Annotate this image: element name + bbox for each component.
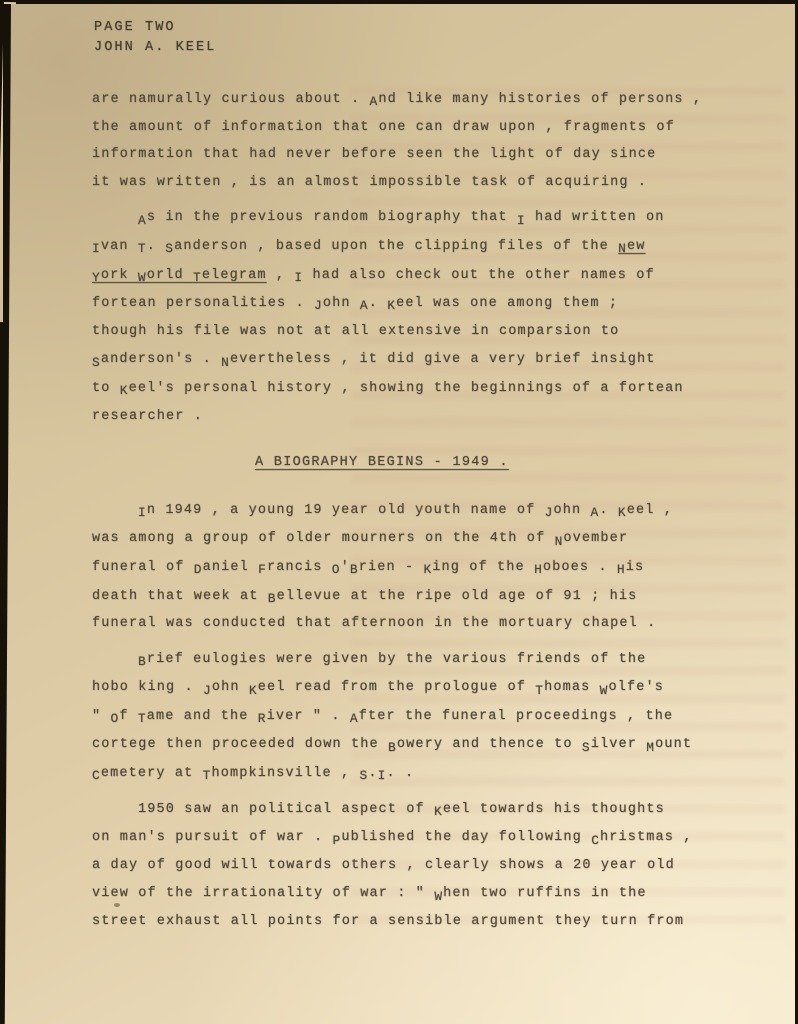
typed-line: fortean personalities . John A. Keel was… <box>92 289 732 318</box>
typed-line: funeral of Daniel Francis O'Brien - King… <box>92 553 732 582</box>
typed-segment: , I had also check out the other names o… <box>267 268 655 283</box>
typed-line: Cemetery at Thompkinsville , S.I. . <box>92 759 732 788</box>
underlined-text: New <box>618 239 645 254</box>
typed-line: to Keel's personal history , showing the… <box>92 374 732 403</box>
typed-line: was among a group of older mourners on t… <box>92 524 732 553</box>
paragraph-3: In 1949 , a young 19 year old youth name… <box>92 496 732 638</box>
typed-line: the amount of information that one can d… <box>92 114 732 142</box>
paragraph-5: 1950 saw an political aspect of Keel tow… <box>92 795 732 936</box>
typed-line: hobo king . John Keel read from the prol… <box>92 673 732 702</box>
typed-line: Brief eulogies were given by the various… <box>92 645 732 674</box>
typed-line: death that week at Bellevue at the ripe … <box>92 582 732 611</box>
typed-line: Sanderson's . Nevertheless , it did give… <box>92 345 732 374</box>
typed-line: information that had never before seen t… <box>92 141 732 169</box>
typed-line: funeral was conducted that afternoon in … <box>92 610 732 638</box>
typed-line: view of the irrationality of war : " Whe… <box>92 879 732 908</box>
typed-line: York World Telegram , I had also check o… <box>92 261 732 290</box>
typed-segment: Ivan T. Sanderson , based upon the clipp… <box>92 239 618 254</box>
typed-line: Ivan T. Sanderson , based upon the clipp… <box>92 232 732 261</box>
typed-line: it was written , is an almost impossible… <box>92 169 732 197</box>
paper-fleck <box>114 903 120 907</box>
scanned-typewritten-page: { "colors": { "paper": "#dcc9a2", "ink":… <box>0 0 798 1024</box>
typed-line: researcher . <box>92 403 732 431</box>
paragraph-2: As in the previous random biography that… <box>92 203 732 430</box>
section-heading: A BIOGRAPHY BEGINS - 1949 . <box>255 449 732 477</box>
typed-line: a day of good will towards others , clea… <box>92 852 732 880</box>
page-header: PAGE TWO JOHN A. KEEL <box>3 4 795 58</box>
typed-line: In 1949 , a young 19 year old youth name… <box>92 496 732 525</box>
paragraph-4: Brief eulogies were given by the various… <box>92 645 732 788</box>
underlined-text: York World Telegram <box>92 268 267 283</box>
typed-line: on man's pursuit of war . Published the … <box>92 823 732 852</box>
typed-line: cortege then proceeded down the Bowery a… <box>92 730 732 759</box>
paper-sheet: PAGE TWO JOHN A. KEEL are namurally curi… <box>3 4 795 1024</box>
paragraph-1: are namurally curious about . And like m… <box>92 85 732 196</box>
typed-line: As in the previous random biography that… <box>92 203 732 232</box>
typed-line: " Of Tame and the River " . After the fu… <box>92 702 732 731</box>
page-number-label: PAGE TWO <box>94 18 795 38</box>
typed-line: 1950 saw an political aspect of Keel tow… <box>92 795 732 824</box>
section-heading-row: A BIOGRAPHY BEGINS - 1949 . <box>92 449 732 477</box>
typed-body: are namurally curious about . And like m… <box>3 85 732 936</box>
typed-line: are namurally curious about . And like m… <box>92 85 732 114</box>
typed-line: street exhaust all points for a sensible… <box>92 908 732 936</box>
typed-line: though his file was not at all extensive… <box>92 318 732 346</box>
subject-name-label: JOHN A. KEEL <box>94 38 795 58</box>
